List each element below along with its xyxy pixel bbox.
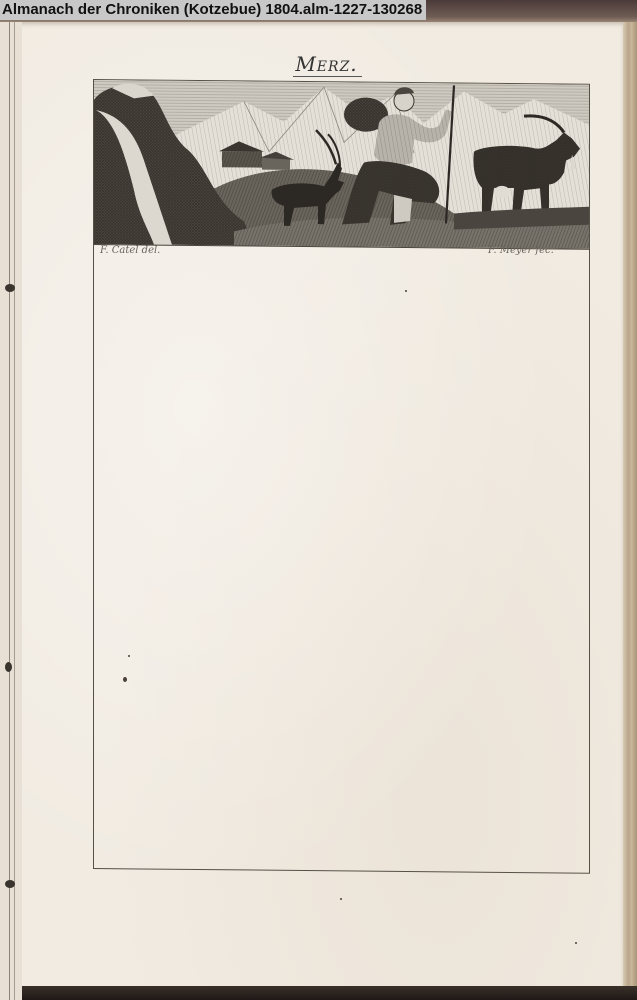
left-gutter	[0, 22, 22, 1000]
page-frame	[93, 79, 590, 874]
bottom-binding-edge	[0, 986, 637, 1000]
paper-speck	[123, 677, 127, 682]
stitch-hole-icon	[5, 880, 15, 888]
scan-viewport: Almanach der Chroniken (Kotzebue) 1804.a…	[0, 0, 637, 1000]
paper-speck	[340, 898, 342, 900]
engraver-credit: F. Meyer fec.	[488, 245, 554, 256]
alpine-scene-icon	[94, 80, 589, 249]
artist-credit: F. Catel del.	[100, 245, 160, 256]
blank-writing-area	[94, 246, 589, 873]
window-title: Almanach der Chroniken (Kotzebue) 1804.a…	[0, 0, 426, 20]
gutter-fold-line	[9, 22, 10, 1000]
right-page-edges	[623, 22, 637, 1000]
engraving-illustration	[94, 80, 589, 250]
paper-speck	[128, 655, 130, 657]
paper-speck	[575, 942, 577, 944]
month-heading-text: Merz.	[293, 52, 361, 77]
month-heading: Merz.	[0, 52, 637, 76]
gutter-fold-line	[14, 22, 15, 1000]
stitch-hole-icon	[5, 662, 12, 672]
paper-speck	[405, 290, 407, 292]
stitch-hole-icon	[5, 284, 15, 292]
